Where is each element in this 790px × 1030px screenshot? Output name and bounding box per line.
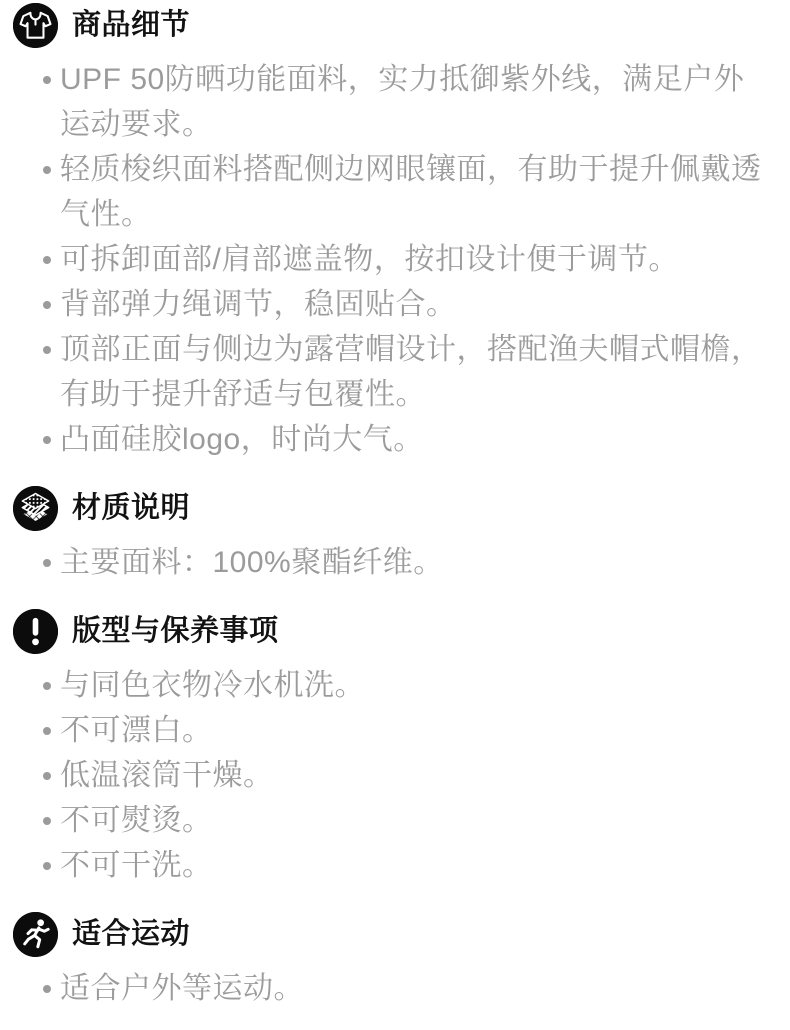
bullet-item: 背部弹力绳调节，稳固贴合。: [42, 282, 764, 327]
product-description-page: 商品细节 UPF 50防晒功能面料，实力抵御紫外线，满足户外运动要求。轻质梭织面…: [0, 0, 790, 1011]
product-info-section: 适合运动 适合户外等运动。: [13, 912, 764, 1011]
bullet-item: 凸面硅胶logo，时尚大气。: [42, 417, 764, 462]
bullet-item: 不可干洗。: [42, 843, 764, 888]
bullet-item: 适合户外等运动。: [42, 966, 764, 1011]
section-icon-circle: [13, 912, 58, 957]
bullet-item: 顶部正面与侧边为露营帽设计，搭配渔夫帽式帽檐，有助于提升舒适与包覆性。: [42, 327, 764, 417]
section-header: 版型与保养事项: [13, 609, 764, 654]
fabric-layers-icon: [13, 486, 58, 531]
bullet-list: 主要面料：100%聚酯纤维。: [13, 540, 764, 585]
section-header: 适合运动: [13, 912, 764, 957]
section-title: 材质说明: [72, 491, 190, 526]
section-icon-circle: [13, 3, 58, 48]
section-header: 材质说明: [13, 486, 764, 531]
bullet-list: 与同色衣物冷水机洗。不可漂白。低温滚筒干燥。不可熨烫。不可干洗。: [13, 663, 764, 888]
bullet-item: UPF 50防晒功能面料，实力抵御紫外线，满足户外运动要求。: [42, 57, 764, 147]
care-alert-icon: [13, 609, 58, 654]
product-info-section: 版型与保养事项 与同色衣物冷水机洗。不可漂白。低温滚筒干燥。不可熨烫。不可干洗。: [13, 609, 764, 888]
bullet-item: 轻质梭织面料搭配侧边网眼镶面，有助于提升佩戴透气性。: [42, 147, 764, 237]
bullet-item: 与同色衣物冷水机洗。: [42, 663, 764, 708]
section-icon-circle: [13, 609, 58, 654]
bullet-item: 不可漂白。: [42, 708, 764, 753]
tshirt-icon: [13, 3, 58, 48]
bullet-item: 低温滚筒干燥。: [42, 753, 764, 798]
section-header: 商品细节: [13, 3, 764, 48]
bullet-item: 可拆卸面部/肩部遮盖物，按扣设计便于调节。: [42, 237, 764, 282]
section-title: 商品细节: [72, 8, 190, 43]
product-info-section: 商品细节 UPF 50防晒功能面料，实力抵御紫外线，满足户外运动要求。轻质梭织面…: [13, 3, 764, 462]
bullet-item: 主要面料：100%聚酯纤维。: [42, 540, 764, 585]
bullet-list: UPF 50防晒功能面料，实力抵御紫外线，满足户外运动要求。轻质梭织面料搭配侧边…: [13, 57, 764, 462]
section-icon-circle: [13, 486, 58, 531]
product-info-section: 材质说明 主要面料：100%聚酯纤维。: [13, 486, 764, 585]
section-title: 版型与保养事项: [72, 614, 279, 649]
bullet-item: 不可熨烫。: [42, 798, 764, 843]
section-title: 适合运动: [72, 917, 190, 952]
bullet-list: 适合户外等运动。: [13, 966, 764, 1011]
runner-icon: [13, 912, 58, 957]
